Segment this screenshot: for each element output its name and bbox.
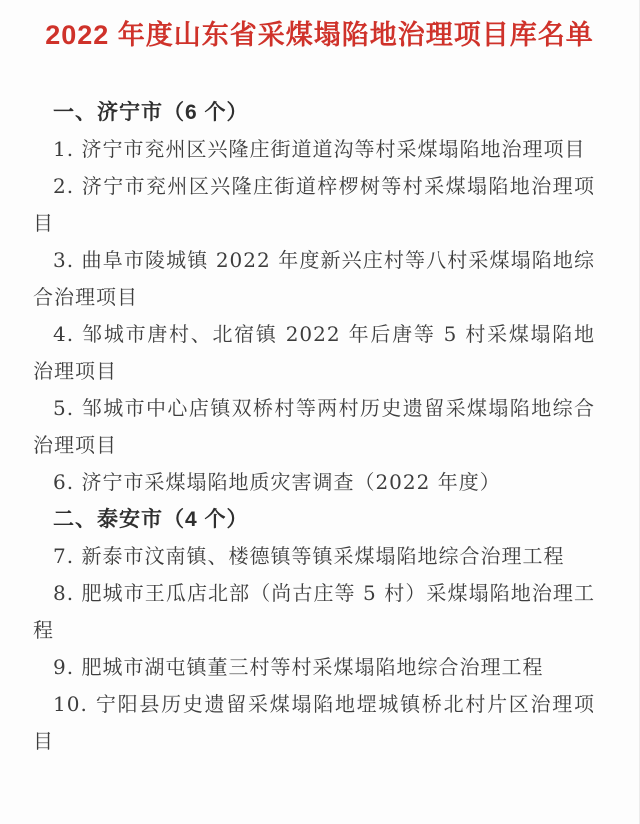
project-item-9: 9. 肥城市湖屯镇董三村等村采煤塌陷地综合治理工程 xyxy=(33,649,595,686)
project-item-3: 3. 曲阜市陵城镇 2022 年度新兴庄村等八村采煤塌陷地综合治理项目 xyxy=(33,242,595,316)
project-item-4: 4. 邹城市唐村、北宿镇 2022 年后唐等 5 村采煤塌陷地治理项目 xyxy=(33,316,595,390)
project-item-10: 10. 宁阳县历史遗留采煤塌陷地堽城镇桥北村片区治理项目 xyxy=(33,686,595,760)
project-item-7: 7. 新泰市汶南镇、楼德镇等镇采煤塌陷地综合治理工程 xyxy=(33,538,595,575)
document-body: 一、济宁市（6 个） 1. 济宁市兖州区兴隆庄街道道沟等村采煤塌陷地治理项目 2… xyxy=(0,94,639,760)
document-page: 2022 年度山东省采煤塌陷地治理项目库名单 一、济宁市（6 个） 1. 济宁市… xyxy=(0,0,640,824)
project-item-6: 6. 济宁市采煤塌陷地质灾害调查（2022 年度） xyxy=(33,464,595,501)
section-heading-taian: 二、泰安市（4 个） xyxy=(33,501,595,538)
project-item-1: 1. 济宁市兖州区兴隆庄街道道沟等村采煤塌陷地治理项目 xyxy=(33,131,595,168)
section-heading-jining: 一、济宁市（6 个） xyxy=(33,94,595,131)
project-item-5: 5. 邹城市中心店镇双桥村等两村历史遗留采煤塌陷地综合治理项目 xyxy=(33,390,595,464)
project-item-2: 2. 济宁市兖州区兴隆庄街道梓椤树等村采煤塌陷地治理项目 xyxy=(33,168,595,242)
project-item-8: 8. 肥城市王瓜店北部（尚古庄等 5 村）采煤塌陷地治理工程 xyxy=(33,575,595,649)
document-title: 2022 年度山东省采煤塌陷地治理项目库名单 xyxy=(20,16,619,54)
